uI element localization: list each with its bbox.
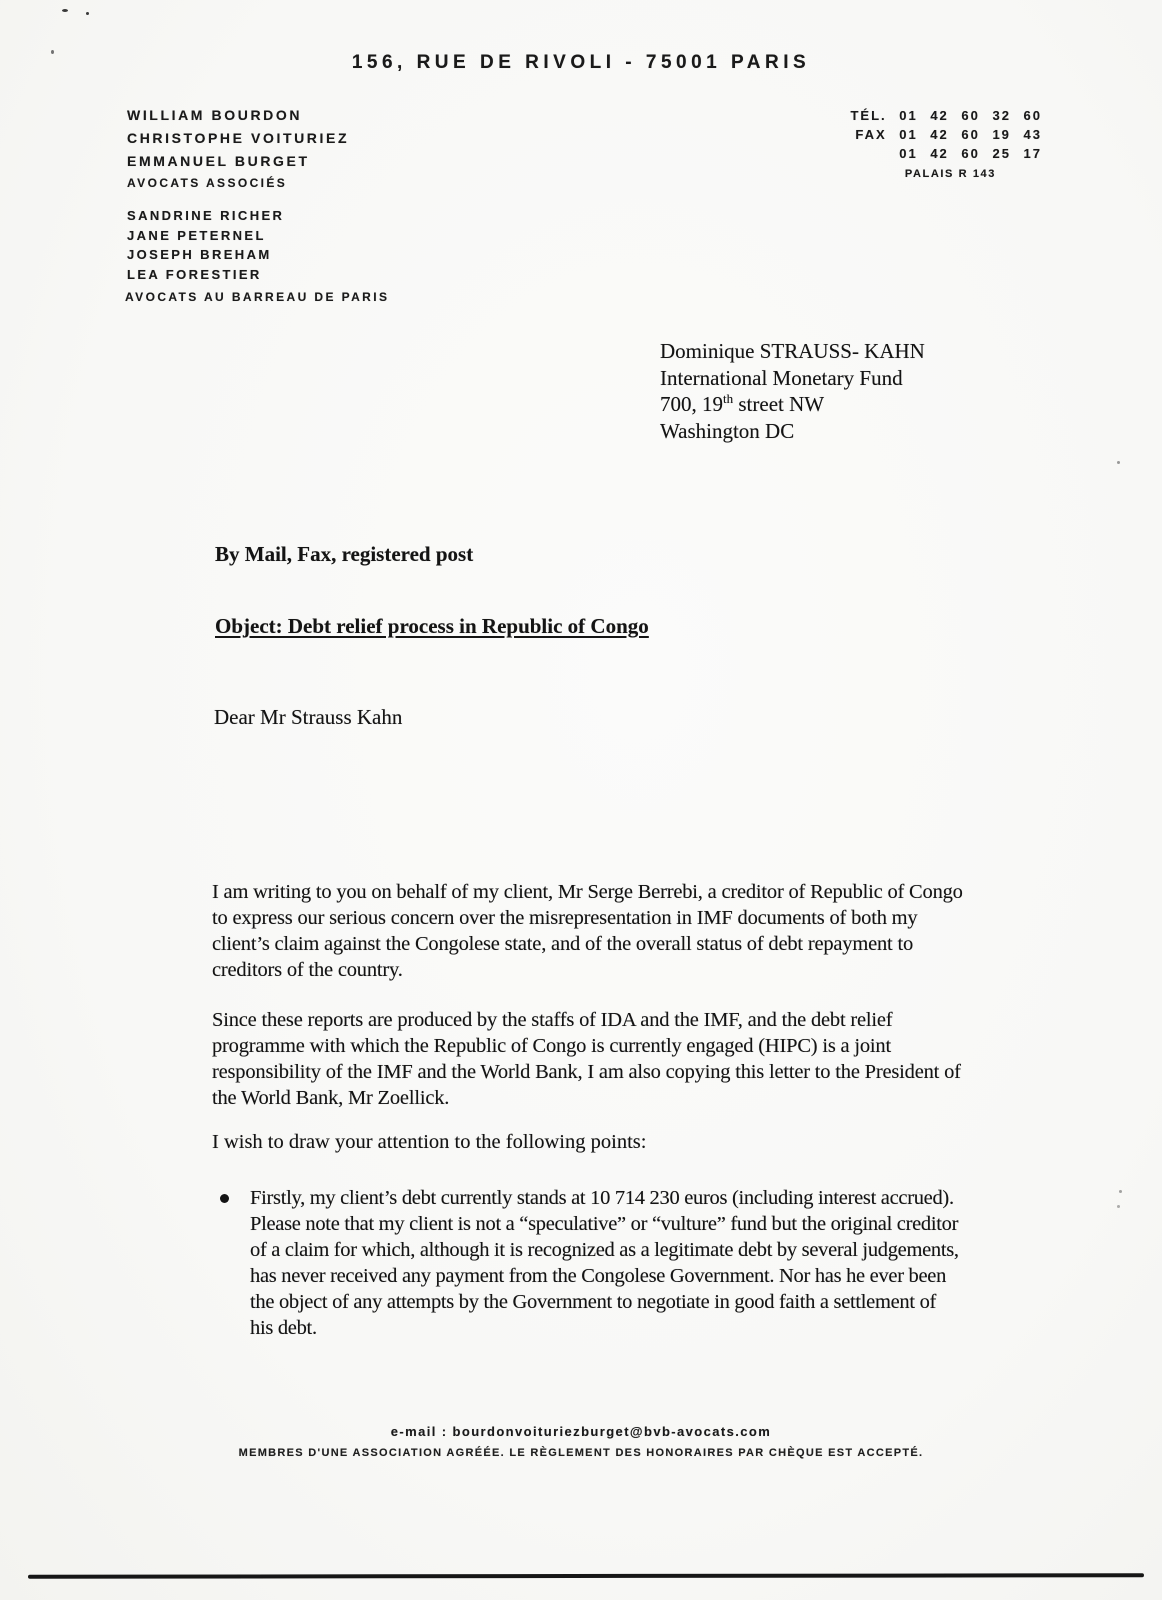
scan-speck <box>1117 461 1120 464</box>
scan-speck <box>1117 1205 1120 1208</box>
partner-name: CHRISTOPHE VOITURIEZ <box>127 127 349 150</box>
body-paragraph: Since these reports are produced by the … <box>212 1007 967 1111</box>
associate-name: JOSEPH BREHAM <box>127 245 284 265</box>
recipient-address: Dominique STRAUSS- KAHN International Mo… <box>660 338 925 444</box>
footer-email: e-mail : bourdonvoituriezburget@bvb-avoc… <box>0 1424 1162 1439</box>
recipient-name: Dominique STRAUSS- KAHN <box>660 338 925 365</box>
recipient-city: Washington DC <box>660 418 925 445</box>
associate-name: JANE PETERNEL <box>127 226 284 246</box>
bullet-point: Firstly, my client’s debt currently stan… <box>220 1185 960 1341</box>
partner-name: WILLIAM BOURDON <box>127 104 349 127</box>
recipient-street: 700, 19th street NW <box>660 391 925 418</box>
fax-line-2: 01 42 60 25 17 <box>782 144 1042 163</box>
partners-title: AVOCATS ASSOCIÉS <box>127 176 287 190</box>
scan-speck <box>62 9 68 12</box>
bullet-text: Firstly, my client’s debt currently stan… <box>250 1185 960 1341</box>
scan-edge-line <box>28 1573 1144 1579</box>
partners-list: WILLIAM BOURDON CHRISTOPHE VOITURIEZ EMM… <box>127 104 349 173</box>
delivery-method-line: By Mail, Fax, registered post <box>215 542 473 567</box>
fax-line: FAX 01 42 60 19 43 <box>782 125 1042 144</box>
scan-speck <box>86 12 89 15</box>
scanned-letter-page: 156, RUE DE RIVOLI - 75001 PARIS WILLIAM… <box>0 0 1162 1600</box>
associates-list: SANDRINE RICHER JANE PETERNEL JOSEPH BRE… <box>127 206 284 284</box>
associate-name: SANDRINE RICHER <box>127 206 284 226</box>
partner-name: EMMANUEL BURGET <box>127 150 349 173</box>
body-paragraph: I am writing to you on behalf of my clie… <box>212 879 967 983</box>
ordinal-superscript: th <box>723 391 733 406</box>
salutation: Dear Mr Strauss Kahn <box>214 705 402 730</box>
telephone-line: TÉL. 01 42 60 32 60 <box>782 106 1042 125</box>
scan-speck <box>1119 1190 1122 1193</box>
bullet-marker-icon <box>220 1194 229 1203</box>
associates-title: AVOCATS AU BARREAU DE PARIS <box>125 290 389 304</box>
palais-reference: PALAIS R 143 <box>782 168 1042 180</box>
subject-line: Object: Debt relief process in Republic … <box>215 614 649 639</box>
footer-note: MEMBRES D'UNE ASSOCIATION AGRÉÉE. LE RÈG… <box>0 1447 1162 1459</box>
firm-address: 156, RUE DE RIVOLI - 75001 PARIS <box>0 52 1162 74</box>
contact-block: TÉL. 01 42 60 32 60 FAX 01 42 60 19 43 0… <box>782 106 1042 180</box>
associate-name: LEA FORESTIER <box>127 265 284 285</box>
points-intro-line: I wish to draw your attention to the fol… <box>212 1131 646 1154</box>
recipient-org: International Monetary Fund <box>660 365 925 392</box>
